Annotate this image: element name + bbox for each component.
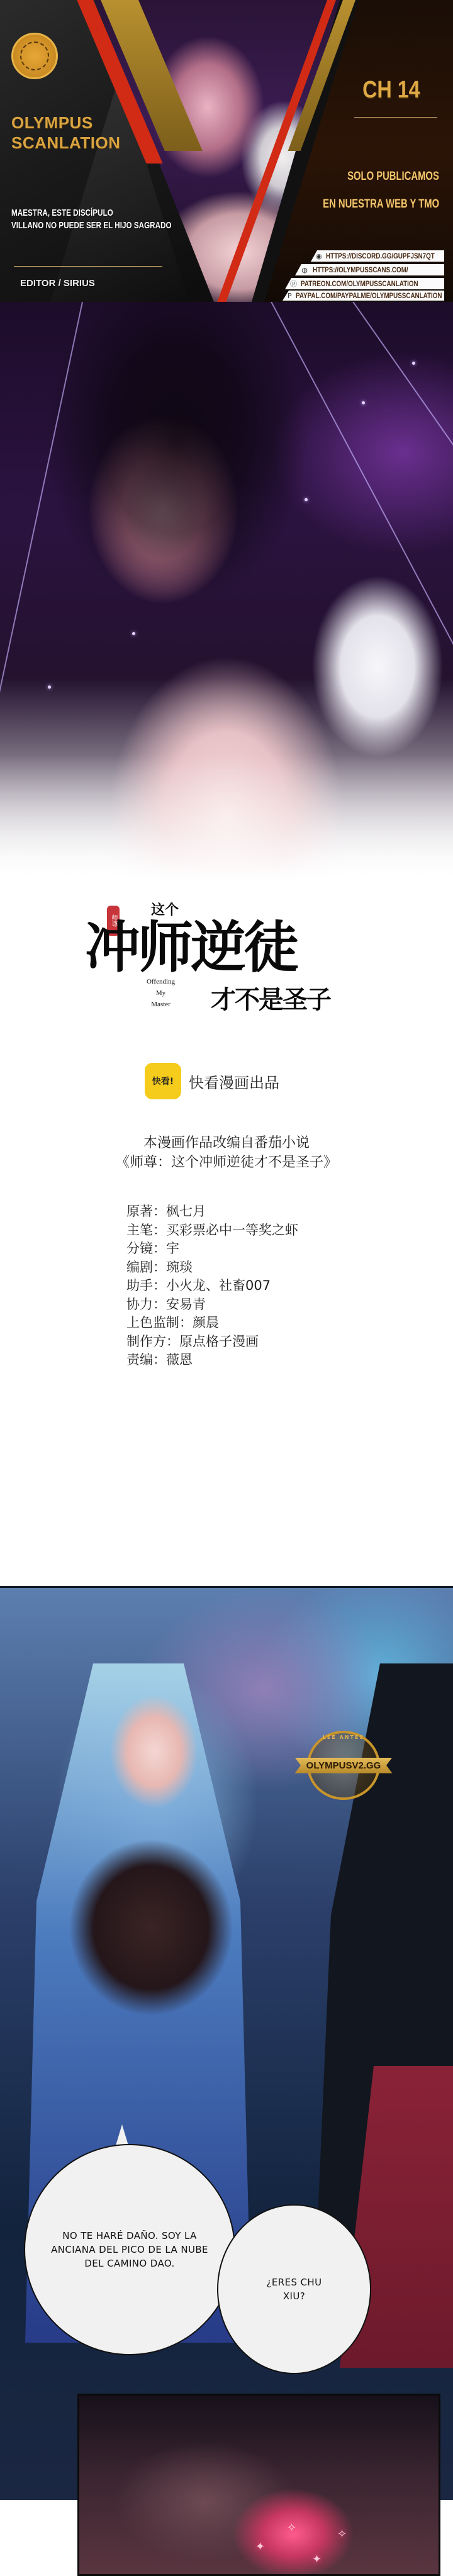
inset-panel-magic-seal: ✦ ✧ ✦ ✧ <box>77 2394 440 2576</box>
title-sub-text: 才不是圣子 <box>211 980 330 1016</box>
staff-credits: 原著：枫七月 主笔：买彩票必中一等奖之虾 分镜：宇 编剧：琬琰 助手：小火龙、社… <box>126 1202 298 1370</box>
watermark-text: OLYMPUSV2.GG <box>295 1758 393 1774</box>
staff-row: 协力：安易青 <box>126 1296 298 1314</box>
series-title-logo: 师尊 这个 冲师逆徒 才不是圣子 Offending My Master <box>0 880 453 1044</box>
series-title: VILLANO NO PUEDE SER EL HIJO SAGRADO <box>11 220 172 231</box>
publish-note: EN NUESTRA WEB Y TMO <box>323 197 439 211</box>
title-english: Offending My Master <box>147 976 175 1010</box>
comic-panel <box>0 1586 453 2500</box>
paypal-icon: P <box>288 291 292 300</box>
cover-illustration <box>0 302 453 880</box>
staff-row: 责编：薇恩 <box>126 1351 298 1370</box>
staff-row: 主笔：买彩票必中一等奖之虾 <box>126 1221 298 1240</box>
olympus-watermark: LEE ANTES OLYMPUSV2.GG <box>276 1731 411 1800</box>
staff-row: 助手：小火龙、社畜007 <box>126 1277 298 1296</box>
dialogue-text: NO TE HARÉ DAÑO. SOY LA ANCIANA DEL PICO… <box>40 2229 219 2270</box>
speech-bubble: ¿ERES CHU XIU? <box>217 2204 371 2374</box>
title-main-text: 冲师逆徒 <box>85 919 296 975</box>
globe-icon: ◍ <box>300 265 309 274</box>
divider <box>14 266 162 267</box>
chapter-number: CH 14 <box>362 77 420 104</box>
kuaikan-logo-icon: 快看! <box>145 1063 181 1099</box>
patreon-icon: ⓟ <box>290 279 297 288</box>
publisher: 快看! 快看漫画出品 <box>145 1063 279 1099</box>
website-link[interactable]: ◍ HTTPS://OLYMPUSSCANS.COM/ <box>295 264 444 275</box>
group-name: OLYMPUS <box>11 113 93 133</box>
group-name: SCANLATION <box>11 133 121 153</box>
staff-row: 上色监制：颜晨 <box>126 1314 298 1333</box>
publisher-name: 快看漫画出品 <box>189 1070 279 1092</box>
publish-note: SOLO PUBLICAMOS <box>347 170 439 184</box>
olympus-logo-icon <box>11 33 58 79</box>
staff-row: 分镜：宇 <box>126 1240 298 1258</box>
credit-editor: EDITOR / SIRIUS <box>20 278 95 289</box>
comic-page: OLYMPUS SCANLATION MAESTRA, ESTE DISCÍPU… <box>0 0 453 2576</box>
staff-row: 制作方：原点格子漫画 <box>126 1333 298 1352</box>
discord-icon: ◉ <box>316 252 322 260</box>
series-title: MAESTRA, ESTE DISCÍPULO <box>11 208 113 218</box>
discord-link[interactable]: ◉ HTTPS://DISCORD.GG/GUPFJSN7QT <box>311 250 444 262</box>
speech-bubble: NO TE HARÉ DAÑO. SOY LA ANCIANA DEL PICO… <box>24 2144 235 2355</box>
staff-row: 原著：枫七月 <box>126 1202 298 1221</box>
dialogue-text: ¿ERES CHU XIU? <box>266 2275 323 2303</box>
staff-row: 编剧：琬琰 <box>126 1258 298 1277</box>
patreon-link[interactable]: ⓟ PATREON.COM/OLYMPUSSCANLATION <box>285 278 444 289</box>
adaptation-note: 本漫画作品改编自番茄小说 <box>0 1132 453 1152</box>
adaptation-source: 《师尊：这个冲师逆徒才不是圣子》 <box>0 1152 453 1171</box>
paypal-link[interactable]: P PAYPAL.COM/PAYPALME/OLYMPUSSCANLATION <box>282 291 444 301</box>
divider <box>354 117 437 118</box>
